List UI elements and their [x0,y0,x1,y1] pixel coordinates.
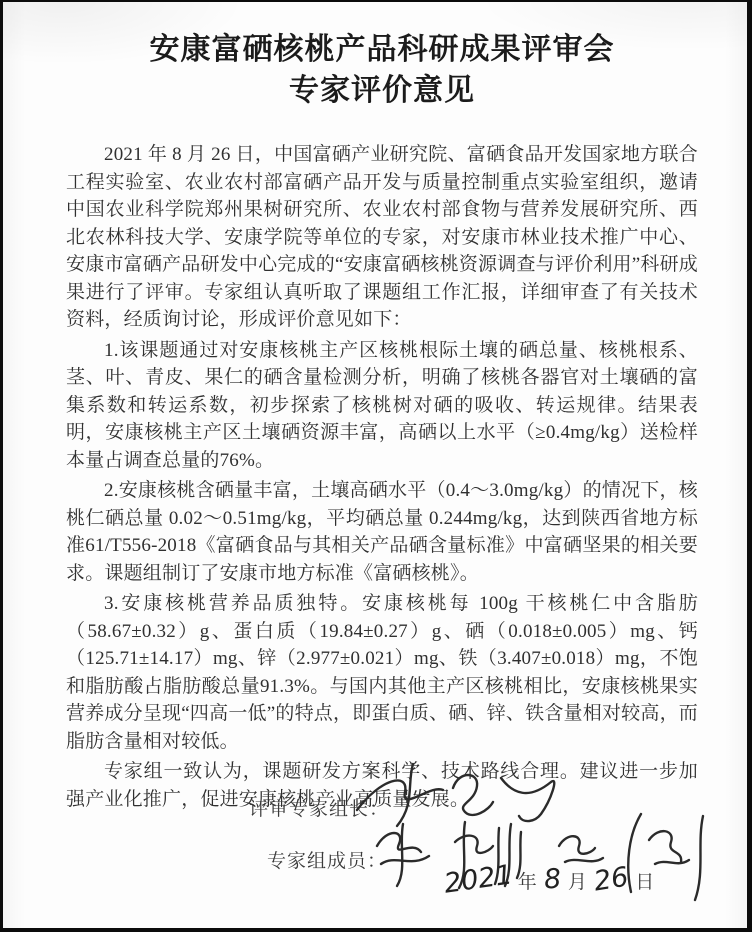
document-body: 2021 年 8 月 26 日，中国富硒产业研究院、富硒食品开发国家地方联合工程… [66,141,698,813]
date-year-unit: 年 [518,867,537,894]
date-month-unit: 月 [568,867,587,894]
date-month-handwritten: 8 [542,863,562,895]
finding-3-paragraph: 3.安康核桃营养品质独特。安康核桃每 100g 干核桃仁中含脂肪（58.67±0… [66,590,698,755]
finding-2-paragraph: 2.安康核桃含硒量丰富，土壤高硒水平（0.4～3.0mg/kg）的情况下，核桃仁… [66,477,698,587]
title-line-1: 安康富硒核桃产品科研成果评审会 [66,29,698,70]
title-line-2: 专家评价意见 [66,70,698,111]
document-content: 安康富硒核桃产品科研成果评审会 专家评价意见 2021 年 8 月 26 日，中… [66,2,698,816]
date-day-unit: 日 [635,867,654,894]
intro-paragraph: 2021 年 8 月 26 日，中国富硒产业研究院、富硒食品开发国家地方联合工程… [66,141,698,334]
date-line: 2021 年 8 月 26 日 [444,864,659,895]
date-year-handwritten: 2021 [442,859,514,899]
date-day-handwritten: 26 [592,862,631,898]
document-title: 安康富硒核桃产品科研成果评审会 专家评价意见 [66,29,698,111]
finding-1-paragraph: 1.该课题通过对安康核桃主产区核桃根际土壤的硒总量、核桃根系、茎、叶、青皮、果仁… [66,337,698,475]
scanned-document-page: 安康富硒核桃产品科研成果评审会 专家评价意见 2021 年 8 月 26 日，中… [0,0,752,932]
